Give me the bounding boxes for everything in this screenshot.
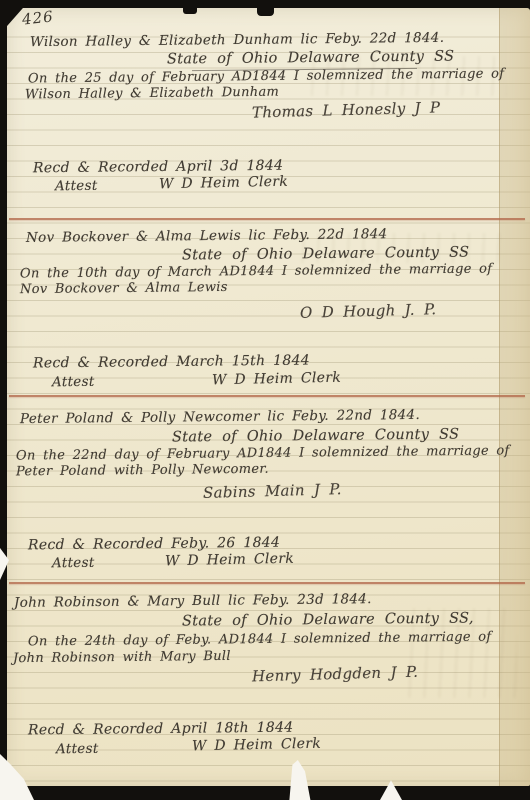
clerk-signature: W D Heim Clerk xyxy=(192,736,321,755)
record-couple-line: Nov Bockover & Alma Lewis xyxy=(20,280,228,297)
record-license-line: Nov Bockover & Alma Lewis lic Feby. 22d … xyxy=(26,226,388,246)
recorded-line: Recd & Recorded March 15th 1844 xyxy=(33,353,310,372)
record-couple-line: John Robinson with Mary Bull xyxy=(13,649,231,666)
scanned-document: { "page": { "number": "426" }, "records"… xyxy=(0,0,530,800)
record-couple-line: Peter Poland with Polly Newcomer. xyxy=(16,462,269,480)
record-solemnized-line: On the 24th day of Feby. AD1844 I solemn… xyxy=(28,630,492,650)
clerk-signature: W D Heim Clerk xyxy=(212,370,341,389)
attest-label: Attest xyxy=(56,741,99,757)
record-state-line: State of Ohio Delaware County SS xyxy=(167,48,454,67)
record-state-line: State of Ohio Delaware County SS xyxy=(172,426,459,445)
record-license-line: Peter Poland & Polly Newcomer lic Feby. … xyxy=(20,407,420,427)
record-solemnized-line: On the 22nd day of February AD1844 I sol… xyxy=(16,443,510,463)
record-state-line: State of Ohio Delaware County SS xyxy=(182,244,469,263)
recorded-line: Recd & Recorded Feby. 26 1844 xyxy=(28,535,280,554)
justice-signature: Sabins Main J P. xyxy=(203,480,342,502)
record-license-line: John Robinson & Mary Bull lic Feby. 23d … xyxy=(14,591,372,611)
justice-signature: O D Hough J. P. xyxy=(300,300,437,322)
recorded-line: Recd & Recorded April 18th 1844 xyxy=(28,720,294,739)
record-couple-line: Wilson Halley & Elizabeth Dunham xyxy=(25,85,279,103)
record-separator-line xyxy=(9,395,525,397)
page-edge-strip xyxy=(499,8,530,786)
record-state-line: State of Ohio Delaware County SS, xyxy=(182,610,474,629)
attest-label: Attest xyxy=(52,374,95,390)
record-separator-line xyxy=(9,218,525,220)
record-license-line: Wilson Halley & Elizabeth Dunham lic Feb… xyxy=(30,30,444,50)
binding-notch xyxy=(183,8,197,14)
justice-signature: Thomas L Honesly J P xyxy=(252,98,441,121)
clerk-signature: W D Heim Clerk xyxy=(159,174,288,193)
record-solemnized-line: On the 10th day of March AD1844 I solemn… xyxy=(20,262,492,282)
attest-label: Attest xyxy=(55,178,98,194)
attest-label: Attest xyxy=(52,555,95,571)
ledger-page: 426 Wilson Halley & Elizabeth Dunham lic… xyxy=(7,8,530,786)
record-separator-line xyxy=(9,582,525,584)
justice-signature: Henry Hodgden J P. xyxy=(252,663,419,686)
record-solemnized-line: On the 25 day of February AD1844 I solem… xyxy=(28,67,504,87)
page-number: 426 xyxy=(21,7,54,28)
clerk-signature: W D Heim Clerk xyxy=(165,551,294,570)
binding-notch xyxy=(257,8,274,16)
